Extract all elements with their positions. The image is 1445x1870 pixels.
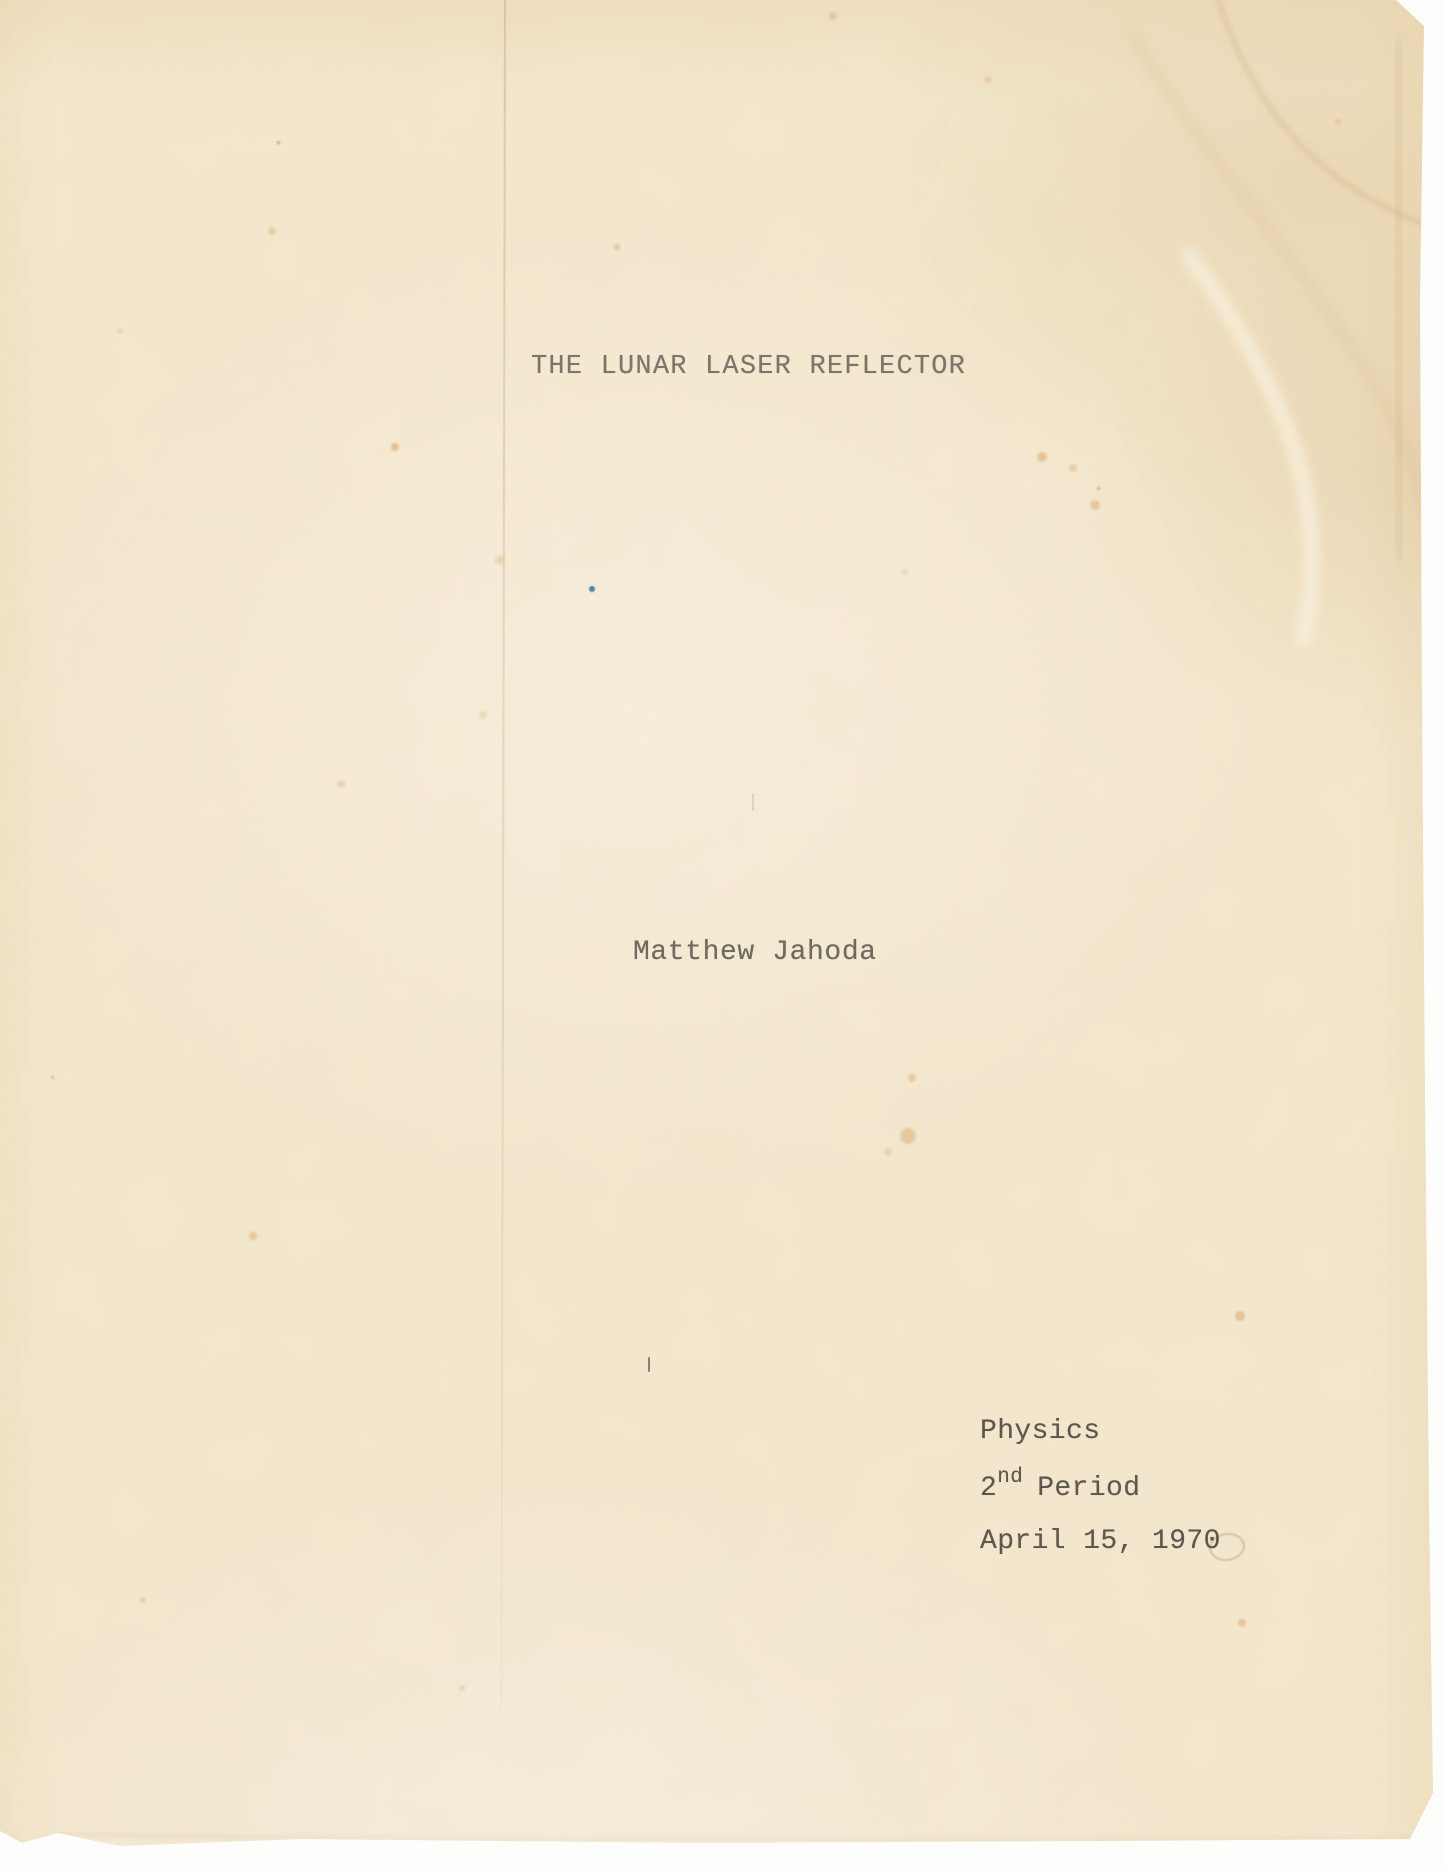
period-word: Period: [1037, 1473, 1140, 1504]
foxing-stain: [479, 711, 487, 719]
foxing-stain: [459, 1685, 465, 1691]
foxing-stain: [337, 780, 345, 788]
foxing-stain: [900, 1128, 916, 1144]
foxing-stain: [1037, 452, 1047, 462]
foxing-stain: [277, 141, 280, 144]
foxing-stain: [984, 76, 992, 84]
foxing-stain: [1335, 119, 1341, 125]
foxing-stain: [1097, 487, 1100, 490]
foxing-stain: [117, 328, 123, 334]
document-date: April 15, 1970: [980, 1526, 1221, 1557]
document-title: THE LUNAR LASER REFLECTOR: [531, 352, 966, 382]
foxing-stain: [1069, 464, 1077, 472]
blue-ink-speck: [589, 586, 595, 592]
foxing-stain: [51, 1076, 54, 1079]
foxing-stain: [908, 1074, 916, 1082]
vertical-fold-crease: [500, 0, 506, 1848]
stray-pen-tick-mark: [648, 1357, 650, 1372]
crease-shadows: [0, 0, 1445, 1870]
foxing-stain: [902, 569, 908, 575]
foxing-stain: [614, 244, 620, 250]
course-name: Physics: [980, 1416, 1100, 1447]
foxing-stain: [884, 1148, 892, 1156]
foxing-stain: [1090, 500, 1100, 510]
paper-grain-texture: [0, 0, 1445, 1870]
scanned-page-background: THE LUNAR LASER REFLECTOR Matthew Jahoda…: [0, 0, 1445, 1870]
class-period: 2ndPeriod: [980, 1473, 1140, 1504]
period-number: 2: [980, 1473, 997, 1504]
foxing-stain: [249, 1232, 257, 1240]
foxing-stain: [829, 12, 837, 20]
period-ordinal-suffix: nd: [997, 1466, 1023, 1489]
foxing-stain: [391, 443, 399, 451]
foxing-stain: [140, 1597, 146, 1603]
author-name: Matthew Jahoda: [633, 937, 877, 968]
foxing-stain: [268, 227, 276, 235]
faint-smudge-mark: [752, 793, 754, 811]
paper-sheet: THE LUNAR LASER REFLECTOR Matthew Jahoda…: [0, 0, 1445, 1870]
foxing-stain: [1238, 1619, 1246, 1627]
foxing-stain: [1235, 1311, 1245, 1321]
